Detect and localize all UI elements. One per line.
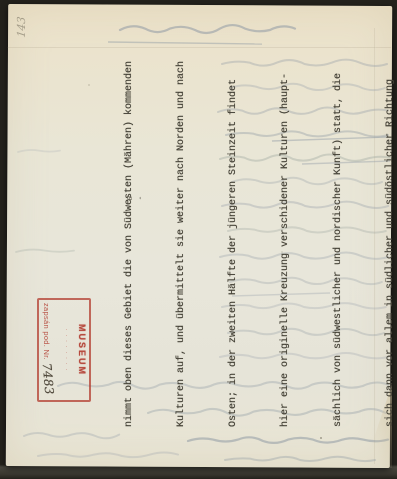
typed-line: hier eine originelle Kreuzung verschiden… — [277, 57, 294, 427]
registration-stamp: MUSEUM · · · · · · · · zapsán pod. Nr. 7… — [37, 298, 91, 402]
paper-crease-horizontal — [7, 47, 391, 48]
handwritten-correction: e ‸ — [127, 190, 141, 206]
typed-line: Osten; in der zweiten Hälfte der jüngere… — [225, 57, 242, 427]
typed-line: Kulturen auf, und übermittelt sie weiter… — [173, 57, 190, 427]
stamp-handwritten-number: 7483 — [40, 362, 57, 395]
paper-speck — [320, 437, 322, 439]
stamp-title: MUSEUM — [77, 303, 87, 397]
typed-line: nimmt oben dieses Gebiet die von Südwest… — [121, 57, 138, 427]
page-number-annotation: 143 — [15, 11, 27, 43]
typed-line: sich dann vor allem in südlicher und süd… — [382, 57, 397, 427]
stamp-subtitle: · · · · · · · · — [63, 303, 69, 397]
typed-line: sächlich von südwestlicher und nordische… — [330, 57, 347, 427]
stamp-registration-line: zapsán pod. Nr. 7483 — [41, 303, 55, 397]
stamp-registered-label: zapsán pod. Nr. — [42, 303, 51, 360]
scanned-document: 143 nimmt oben dieses Gebiet die von Süd… — [0, 0, 397, 479]
typed-text-block: nimmt oben dieses Gebiet die von Südwest… — [86, 57, 208, 427]
insertion-caret-icon: ‸ — [134, 190, 140, 206]
